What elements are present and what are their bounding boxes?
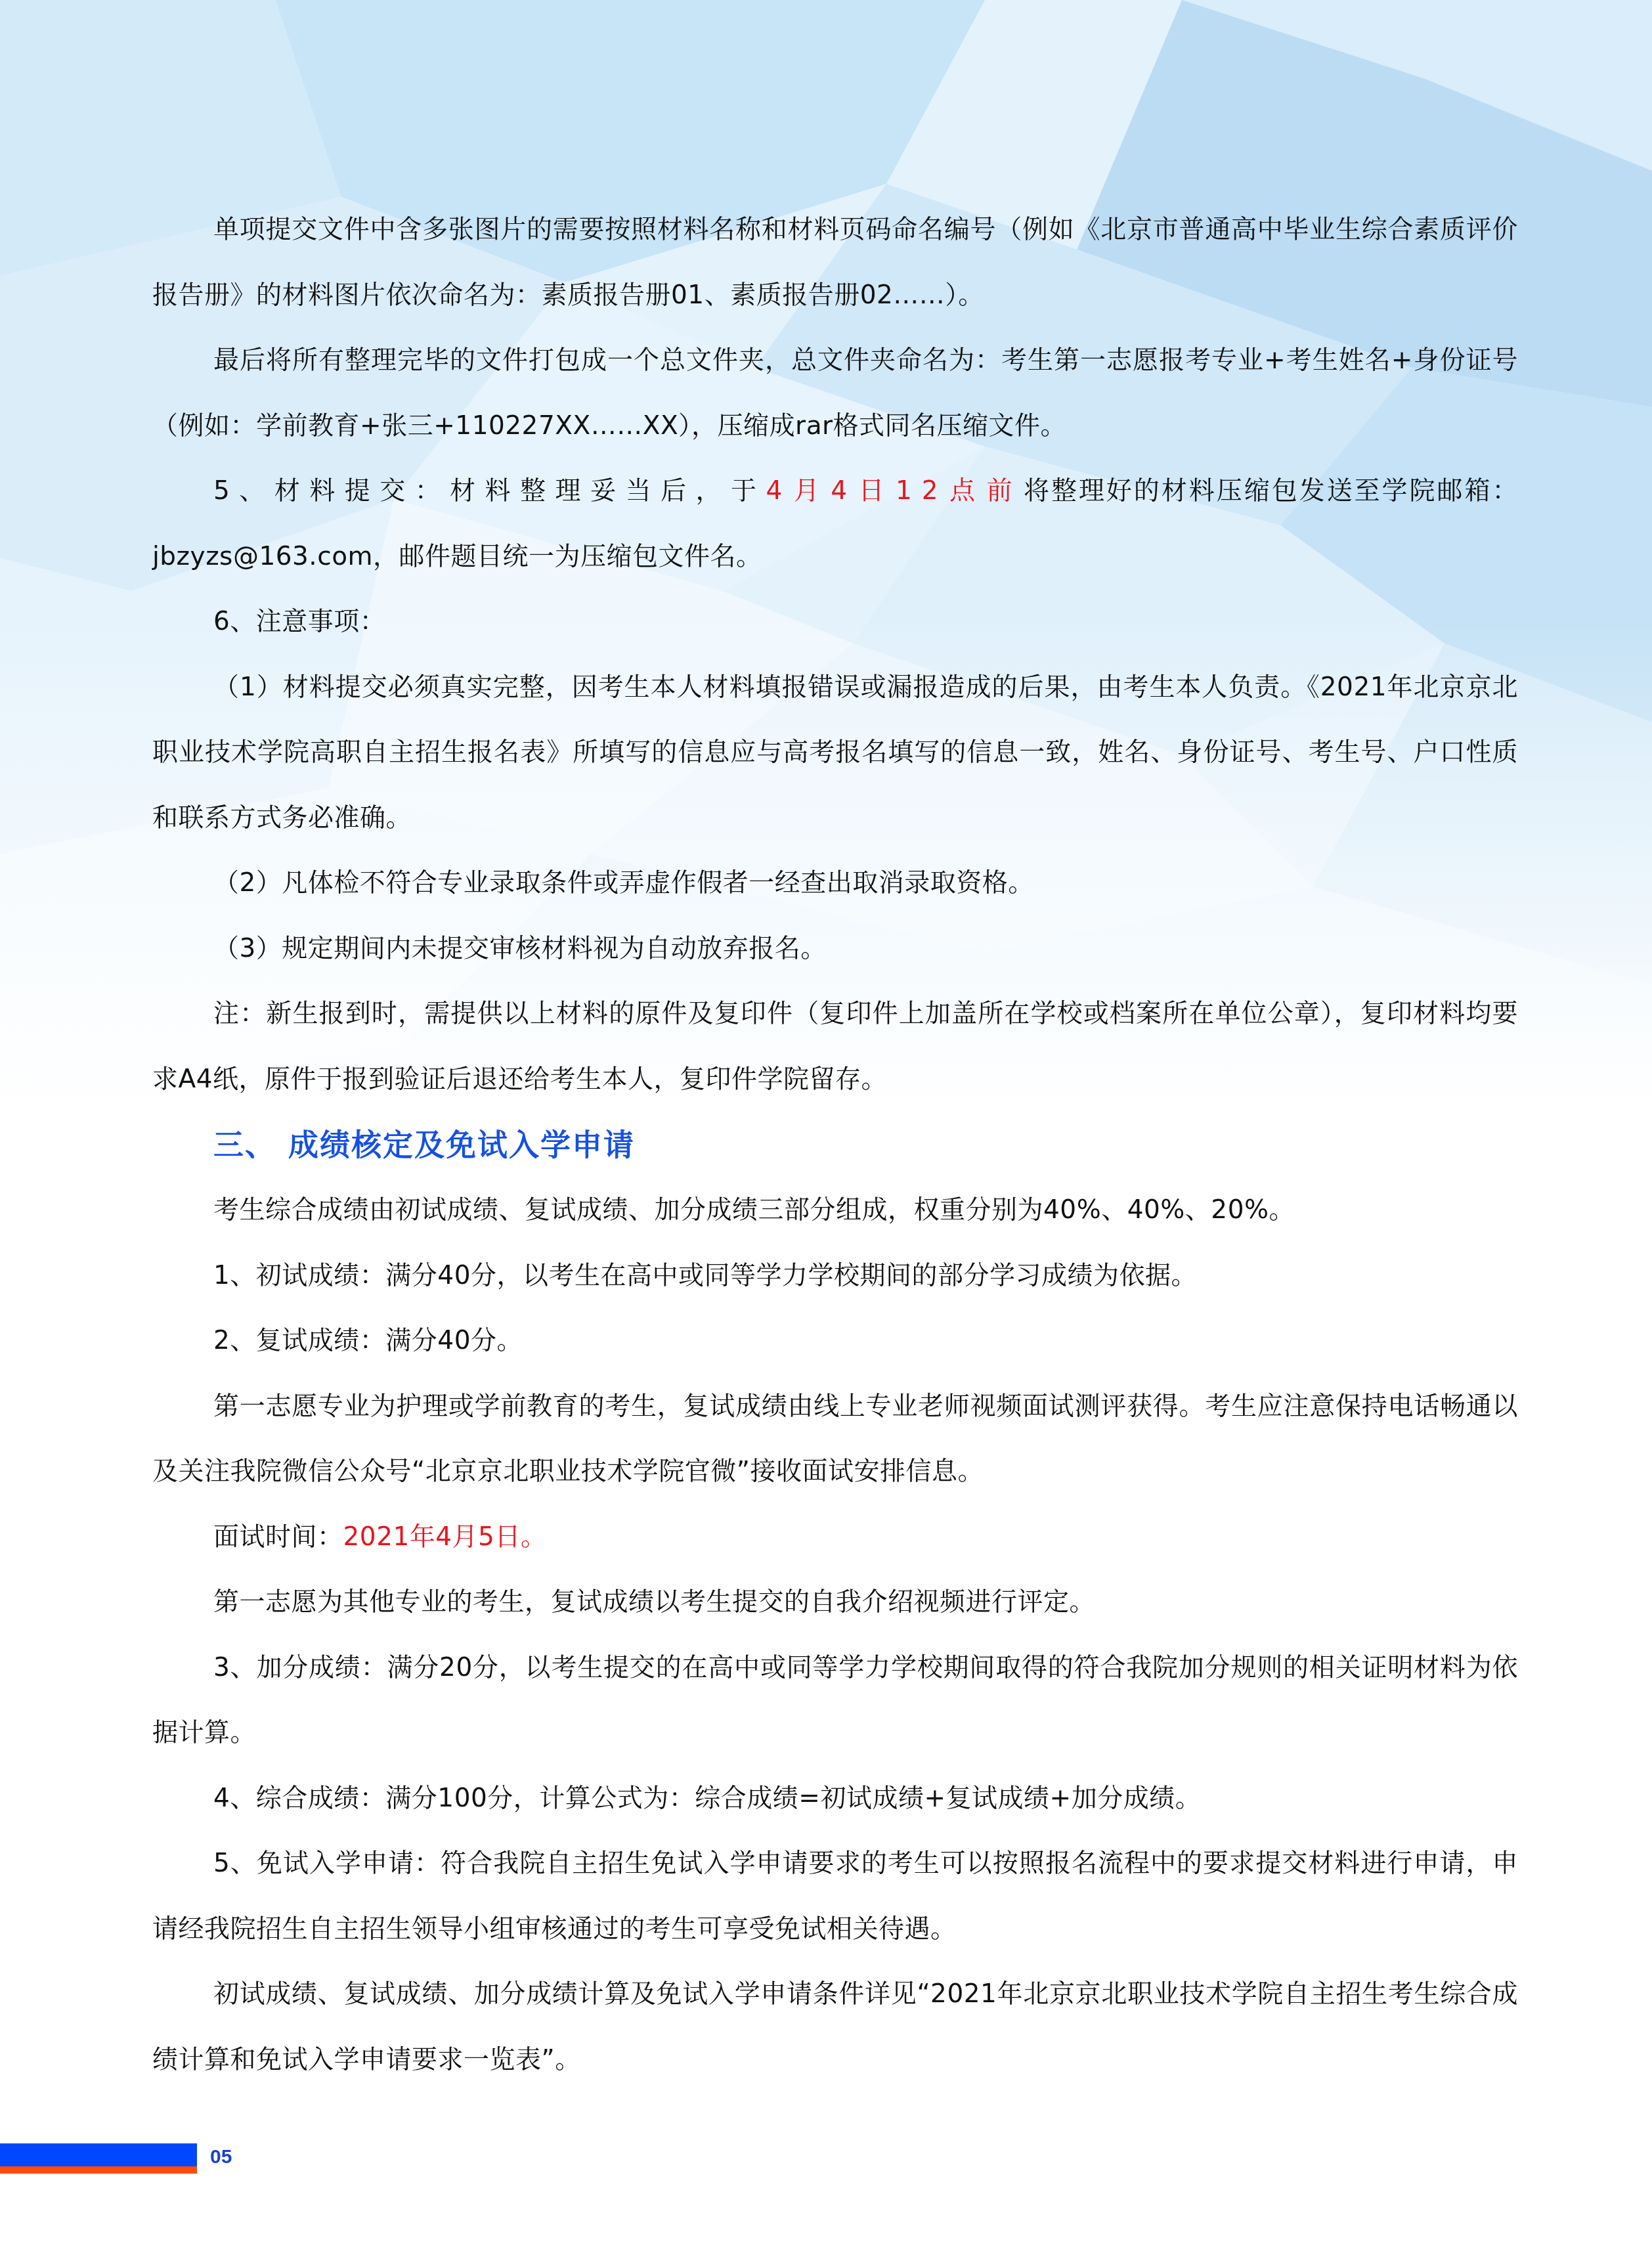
bonus-score: 3、加分成绩：满分20分，以考生提交的在高中或同等学力学校期间取得的符合我院加分…	[152, 1635, 1518, 1766]
paragraph-material-submission: 5、材料提交：材料整理妥当后，于4月4日12点前将整理好的材料压缩包发送至学院邮…	[152, 458, 1518, 589]
footer-blue-bar	[0, 2143, 197, 2166]
retest-other-majors: 第一志愿为其他专业的考生，复试成绩以考生提交的自我介绍视频进行评定。	[152, 1569, 1518, 1635]
note-item-2: （2）凡体检不符合专业录取条件或弄虚作假者一经查出取消录取资格。	[152, 850, 1518, 916]
retest-score: 2、复试成绩：满分40分。	[152, 1308, 1518, 1374]
footer-orange-stripe	[0, 2166, 197, 2174]
section-heading-score-evaluation: 三、 成绩核定及免试入学申请	[152, 1112, 1518, 1177]
interview-time: 面试时间：2021年4月5日。	[152, 1504, 1518, 1570]
notes-heading: 6、注意事项：	[152, 589, 1518, 655]
note-originals-copies: 注：新生报到时，需提供以上材料的原件及复印件（复印件上加盖所在学校或档案所在单位…	[152, 981, 1518, 1112]
note-item-3: （3）规定期间内未提交审核材料视为自动放弃报名。	[152, 916, 1518, 982]
exemption-application: 5、免试入学申请：符合我院自主招生免试入学申请要求的考生可以按照报名流程中的要求…	[152, 1831, 1518, 1961]
interview-time-value: 2021年4月5日。	[343, 1522, 547, 1552]
paragraph-file-naming: 单项提交文件中含多张图片的需要按照材料名称和材料页码命名编号（例如《北京市普通高…	[152, 197, 1518, 328]
page-number: 05	[210, 2146, 232, 2168]
reference-table-note: 初试成绩、复试成绩、加分成绩计算及免试入学申请条件详见“2021年北京京北职业技…	[152, 1961, 1518, 2092]
paragraph-folder-packaging: 最后将所有整理完毕的文件打包成一个总文件夹，总文件夹命名为：考生第一志愿报考专业…	[152, 328, 1518, 458]
document-body: 单项提交文件中含多张图片的需要按照材料名称和材料页码命名编号（例如《北京市普通高…	[152, 197, 1518, 2092]
initial-test-score: 1、初试成绩：满分40分，以考生在高中或同等学力学校期间的部分学习成绩为依据。	[152, 1243, 1518, 1309]
interview-time-label: 面试时间：	[213, 1522, 343, 1552]
submission-deadline: 4月4日12点前	[766, 476, 1024, 506]
submission-label: 5、材料提交：材料整理妥当后，于	[213, 476, 766, 506]
score-composition: 考生综合成绩由初试成绩、复试成绩、加分成绩三部分组成，权重分别为40%、40%、…	[152, 1177, 1518, 1243]
retest-nursing-preschool: 第一志愿专业为护理或学前教育的考生，复试成绩由线上专业老师视频面试测评获得。考生…	[152, 1374, 1518, 1504]
total-score: 4、综合成绩：满分100分，计算公式为：综合成绩=初试成绩+复试成绩+加分成绩。	[152, 1766, 1518, 1831]
note-item-1: （1）材料提交必须真实完整，因考生本人材料填报错误或漏报造成的后果，由考生本人负…	[152, 655, 1518, 851]
